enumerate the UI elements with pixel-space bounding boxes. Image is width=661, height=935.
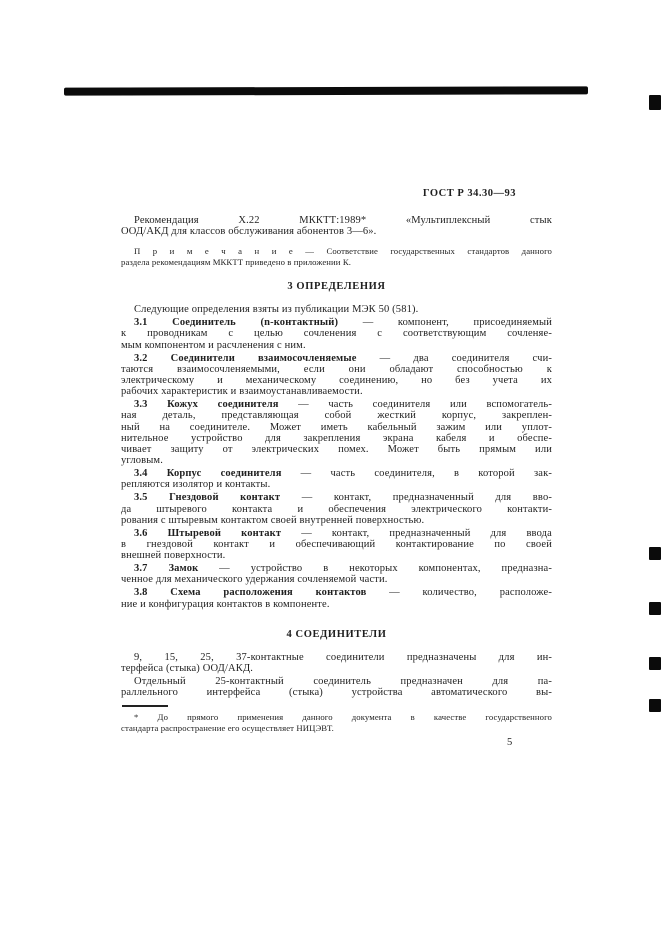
scan-artifact-edge-mark: [649, 95, 661, 110]
text-line: 3.3 Кожух соединителя — часть соединител…: [121, 399, 552, 410]
paragraph: 3.7 Замок — устройство в некоторых компо…: [121, 563, 552, 585]
paragraph: 3.1 Соединитель (n-контактный) — компоне…: [121, 317, 552, 351]
text-line: угловым.: [121, 455, 552, 466]
text-line: ООД/АКД для классов обслуживания абонент…: [121, 226, 552, 237]
text-line: к проводникам с целью сочленения с соотв…: [121, 328, 552, 339]
paragraph: 9, 15, 25, 37-контактные соединители пре…: [121, 652, 552, 674]
scanned-document-page: ГОСТ Р 34.30—93 Рекомендация Х.22 МККТТ:…: [0, 0, 661, 935]
text-blocks: Рекомендация Х.22 МККТТ:1989* «Мультипле…: [121, 215, 552, 698]
text-line: 9, 15, 25, 37-контактные соединители пре…: [121, 652, 552, 663]
text-line: 3.1 Соединитель (n-контактный) — компоне…: [121, 317, 552, 328]
footnote-lines: * До прямого применения данного документ…: [121, 712, 552, 734]
scan-artifact-edge-mark: [649, 602, 661, 615]
scan-artifact-edge-mark: [649, 547, 661, 560]
scan-artifact-edge-mark: [649, 699, 661, 712]
scan-artifact-edge-mark: [649, 657, 661, 670]
text-line: ченное для механического удержания сочле…: [121, 574, 552, 585]
text-line: Следующие определения взяты из публикаци…: [121, 304, 552, 315]
text-line: 3.4 Корпус соединителя — часть соедините…: [121, 468, 552, 479]
paragraph: П р и м е ч а н и е — Соответствие госуд…: [121, 246, 552, 267]
text-line: внешней поверхности.: [121, 550, 552, 561]
text-line: стандарта распространение его осуществля…: [121, 723, 552, 734]
text-line: Отдельный 25-контактный соединитель пред…: [121, 676, 552, 687]
paragraph: 3.2 Соединители взаимосочленяемые — два …: [121, 353, 552, 398]
text-line: да штыревого контакта и обеспечения элек…: [121, 504, 552, 515]
text-line: 3.8 Схема расположения контактов — колич…: [121, 587, 552, 598]
text-line: рования с штыревым контактом своей внутр…: [121, 515, 552, 526]
text-line: нительное устройство для закрепления экр…: [121, 433, 552, 444]
text-line: ный на соединителе. Может иметь кабельны…: [121, 422, 552, 433]
text-line: раздела рекомендациям МККТТ приведено в …: [121, 257, 552, 268]
text-line: * До прямого применения данного документ…: [121, 712, 552, 723]
footnote-rule: [122, 705, 168, 707]
text-line: ние и конфигурация контактов в компонент…: [121, 599, 552, 610]
section-heading-section-3: 3 ОПРЕДЕЛЕНИЯ: [121, 281, 552, 292]
paragraph: 3.8 Схема расположения контактов — колич…: [121, 587, 552, 609]
text-line: в гнездовой контакт и обеспечивающий кон…: [121, 539, 552, 550]
paragraph: Рекомендация Х.22 МККТТ:1989* «Мультипле…: [121, 215, 552, 237]
paragraph: 3.5 Гнездовой контакт — контакт, предназ…: [121, 492, 552, 526]
text-line: 3.5 Гнездовой контакт — контакт, предназ…: [121, 492, 552, 503]
page-content: ГОСТ Р 34.30—93 Рекомендация Х.22 МККТТ:…: [121, 188, 552, 733]
text-line: рабочих характеристик и взаимоустанавлив…: [121, 386, 552, 397]
section-heading-section-4: 4 СОЕДИНИТЕЛИ: [121, 629, 552, 640]
doc-code-header: ГОСТ Р 34.30—93: [121, 188, 552, 199]
scan-artifact-top-bar: [64, 86, 588, 95]
text-line: репляются изолятор и контакты.: [121, 479, 552, 490]
text-line: 3.2 Соединители взаимосочленяемые — два …: [121, 353, 552, 364]
text-line: терфейса (стыка) ООД/АКД.: [121, 663, 552, 674]
text-line: Рекомендация Х.22 МККТТ:1989* «Мультипле…: [121, 215, 552, 226]
text-line: П р и м е ч а н и е — Соответствие госуд…: [121, 246, 552, 257]
text-line: таются взаимосочленяемыми, если они обла…: [121, 364, 552, 375]
paragraph: Следующие определения взяты из публикаци…: [121, 304, 552, 315]
text-line: ная деталь, представляющая собой жесткий…: [121, 410, 552, 421]
text-line: чивает защиту от электрических помех. Мо…: [121, 444, 552, 455]
text-line: 3.6 Штыревой контакт — контакт, предназн…: [121, 528, 552, 539]
text-line: электрическому и механическому соединени…: [121, 375, 552, 386]
text-line: раллельного интерфейса (стыка) устройств…: [121, 687, 552, 698]
page-number: 5: [507, 737, 513, 748]
paragraph: Отдельный 25-контактный соединитель пред…: [121, 676, 552, 698]
text-line: мым компонентом и расчленения с ним.: [121, 340, 552, 351]
paragraph: 3.3 Кожух соединителя — часть соединител…: [121, 399, 552, 466]
footnote: * До прямого применения данного документ…: [121, 705, 552, 733]
text-line: 3.7 Замок — устройство в некоторых компо…: [121, 563, 552, 574]
paragraph: 3.4 Корпус соединителя — часть соедините…: [121, 468, 552, 490]
paragraph: 3.6 Штыревой контакт — контакт, предназн…: [121, 528, 552, 562]
